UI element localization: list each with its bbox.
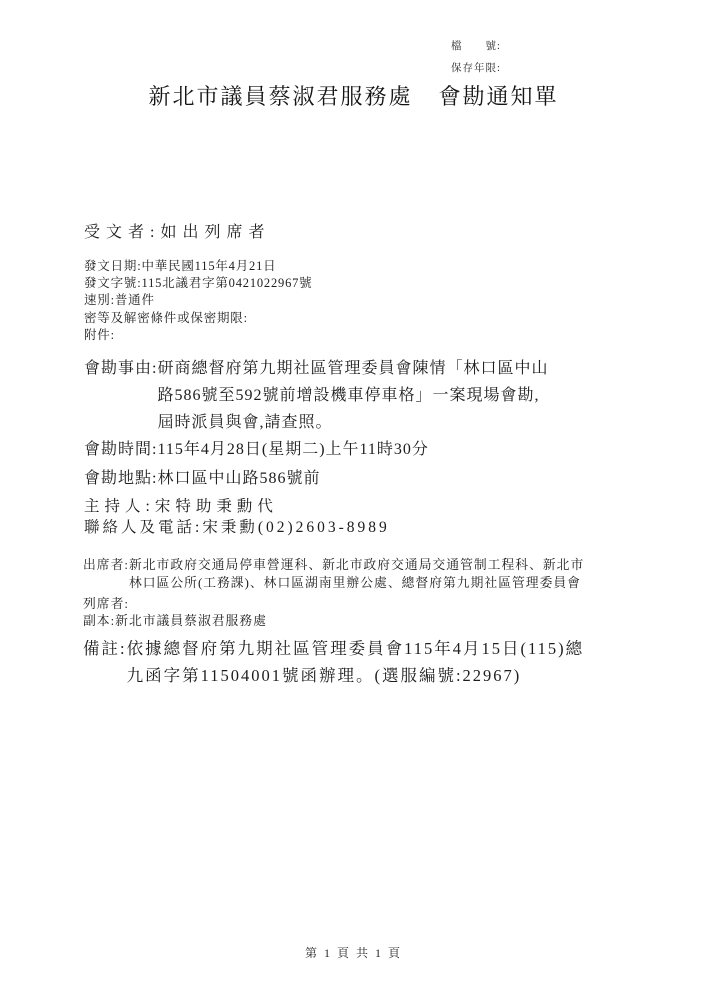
doc-number-label: 發文字號: (84, 275, 141, 292)
contact-value: 宋秉勳(02)2603-8989 (202, 515, 390, 537)
copy-to-row: 副本: 新北市議員蔡淑君服務處 (83, 610, 267, 629)
meta-block: 發文日期: 中華民國115年4月21日 發文字號: 115北議君字第042102… (84, 258, 312, 344)
copy-to-value: 新北市議員蔡淑君服務處 (115, 610, 267, 629)
attachment-row: 附件: (84, 327, 312, 344)
place-label: 會勘地點: (84, 465, 157, 488)
host-row: 主持人: 宋特助秉勳代 (84, 494, 278, 516)
subject-label: 會勘事由: (84, 355, 157, 382)
speed-row: 速別: 普通件 (84, 292, 312, 309)
speed-label: 速別: (84, 292, 115, 309)
recipient-value: 如出列席者 (160, 219, 270, 242)
recipient-row: 受文者: 如出列席者 (84, 219, 270, 242)
issue-date-row: 發文日期: 中華民國115年4月21日 (84, 258, 312, 275)
attendees-value: 新北市政府交通局停車營運科、新北市政府交通局交通管制工程科、新北市 林口區公所(… (129, 557, 584, 593)
recipient-label: 受文者: (84, 219, 160, 242)
note-value: 依據總督府第九期社區管理委員會115年4月15日(115)總 九函字第11504… (127, 635, 585, 689)
attendees-label: 出席者: (83, 557, 129, 575)
document-page: 檔 號: 保存年限: 新北市議員蔡淑君服務處會勘通知單 受文者: 如出列席者 發… (0, 0, 707, 1000)
archival-meta: 檔 號: 保存年限: (451, 36, 501, 80)
host-label: 主持人: (84, 494, 155, 516)
contact-row: 聯絡人及電話: 宋秉勳(02)2603-8989 (84, 515, 390, 537)
attendees-row: 出席者: 新北市政府交通局停車營運科、新北市政府交通局交通管制工程科、新北市 林… (83, 557, 584, 593)
copy-to-label: 副本: (83, 610, 115, 629)
file-number-label: 檔 號: (451, 36, 501, 58)
time-row: 會勘時間: 115年4月28日(星期二)上午11時30分 (84, 436, 429, 459)
doc-number-value: 115北議君字第0421022967號 (141, 275, 312, 292)
time-label: 會勘時間: (84, 436, 157, 459)
note-label: 備註: (83, 635, 127, 662)
contact-label: 聯絡人及電話: (84, 515, 202, 537)
note-row: 備註: 依據總督府第九期社區管理委員會115年4月15日(115)總 九函字第1… (83, 635, 584, 689)
title-organization: 新北市議員蔡淑君服務處 (148, 84, 412, 109)
subject-value: 研商總督府第九期社區管理委員會陳情「林口區中山 路586號至592號前增設機車停… (157, 355, 548, 436)
retention-period-label: 保存年限: (451, 58, 501, 80)
time-value: 115年4月28日(星期二)上午11時30分 (157, 436, 428, 459)
doc-number-row: 發文字號: 115北議君字第0421022967號 (84, 275, 312, 292)
subject-row: 會勘事由: 研商總督府第九期社區管理委員會陳情「林口區中山 路586號至592號… (84, 355, 548, 436)
title-doc-type: 會勘通知單 (439, 84, 559, 109)
issue-date-value: 中華民國115年4月21日 (141, 258, 276, 275)
document-title: 新北市議員蔡淑君服務處會勘通知單 (0, 80, 707, 111)
speed-value: 普通件 (115, 292, 155, 309)
page-indicator: 第 1 頁 共 1 頁 (0, 944, 707, 961)
place-row: 會勘地點: 林口區中山路586號前 (84, 465, 320, 488)
issue-date-label: 發文日期: (84, 258, 141, 275)
security-label: 密等及解密條件或保密期限: (84, 310, 248, 327)
place-value: 林口區中山路586號前 (157, 465, 320, 488)
security-row: 密等及解密條件或保密期限: (84, 310, 312, 327)
host-value: 宋特助秉勳代 (155, 494, 278, 516)
attachment-label: 附件: (84, 327, 115, 344)
